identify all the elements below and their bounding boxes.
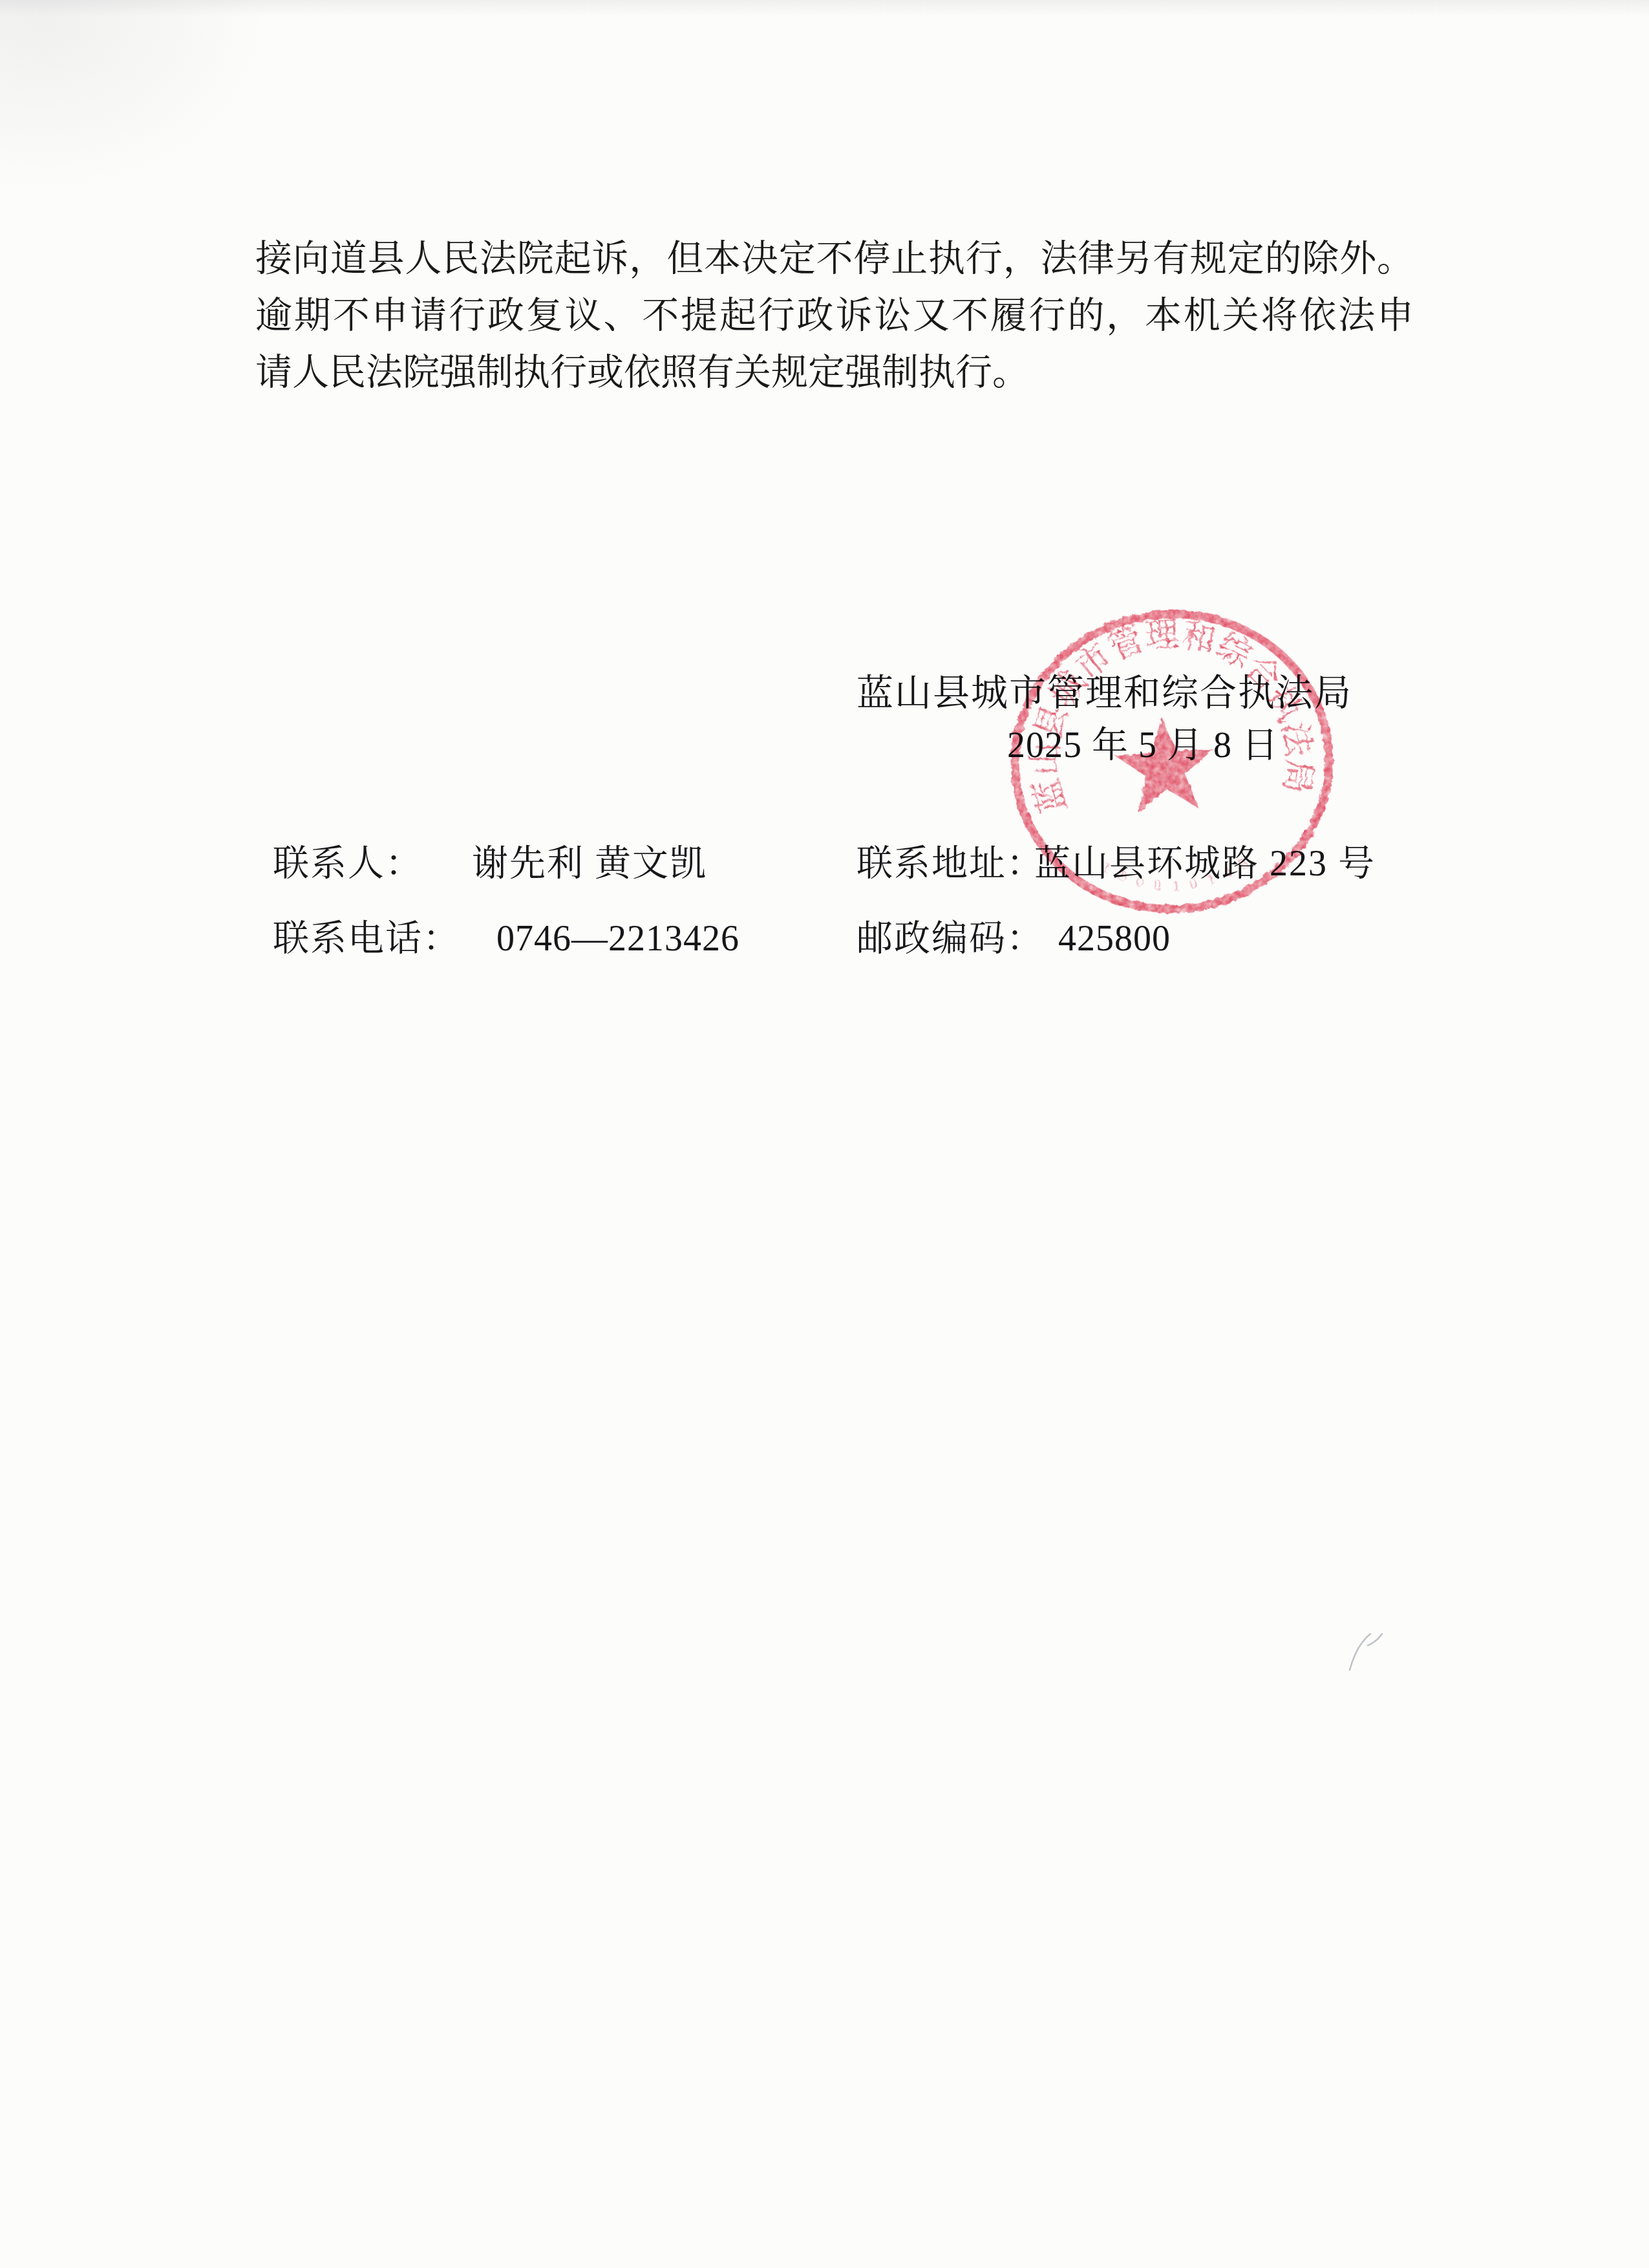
decision-body-paragraph: 接向道县人民法院起诉，但本决定不停止执行，法律另有规定的除外。 逾期不申请行政复… <box>255 231 1414 401</box>
official-red-seal: 蓝山县城市管理和综合执法局 100010145 <box>991 581 1353 943</box>
contact-phone-label: 联系电话： <box>273 919 460 958</box>
paragraph-line: 逾期不申请行政复议、不提起行政诉讼又不履行的，本机关将依法申 <box>255 288 1414 345</box>
paragraph-line: 接向道县人民法院起诉，但本决定不停止执行，法律另有规定的除外。 <box>255 231 1414 288</box>
contact-person-value: 谢先利 黄文凯 <box>472 844 707 883</box>
scan-scratch-artifact <box>1345 1620 1390 1678</box>
scan-edge-shadow <box>0 0 1649 17</box>
seal-code-digits: 100010145 <box>1099 849 1257 899</box>
scan-smudge-artifact <box>0 0 271 194</box>
seal-code-text-holder: 100010145 <box>1099 849 1257 899</box>
paragraph-line: 请人民法院强制执行或依照有关规定强制执行。 <box>255 345 1414 401</box>
contact-phone-value: 0746—2213426 <box>496 919 739 958</box>
contact-person-label: 联系人： <box>273 844 423 883</box>
seal-star-icon <box>1112 714 1217 814</box>
